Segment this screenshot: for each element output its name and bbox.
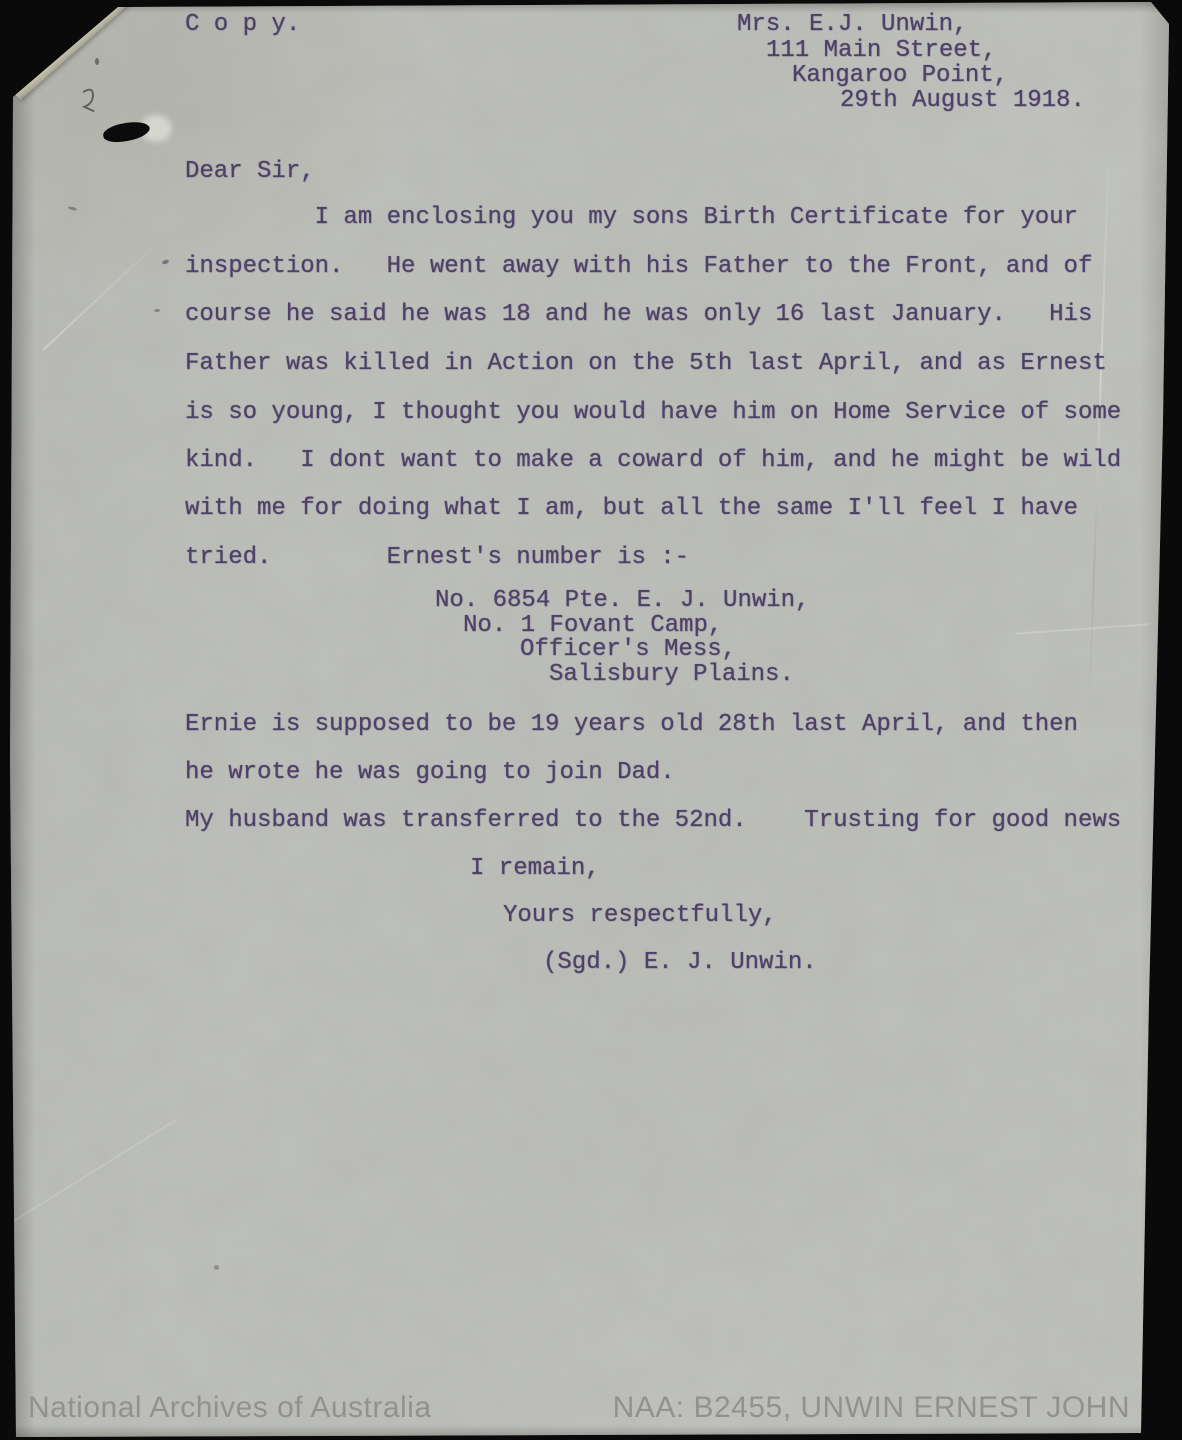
sender-address-line: 111 Main Street, xyxy=(766,38,996,64)
scanned-letter: C o p y. Mrs. E.J. Unwin, 111 Main Stree… xyxy=(0,0,1182,1440)
service-address-line: No. 6854 Pte. E. J. Unwin, xyxy=(435,588,809,614)
paper-blemish xyxy=(95,58,99,65)
watermark-archive-name: National Archives of Australia xyxy=(28,1391,432,1425)
salutation: Dear Sir, xyxy=(185,159,315,185)
letter-body-line: My husband was transferred to the 52nd. … xyxy=(185,808,1121,834)
letter-body-line: Ernie is supposed to be 19 years old 28t… xyxy=(185,712,1078,738)
letter-body-line: I am enclosing you my sons Birth Certifi… xyxy=(185,205,1078,231)
letter-body-line: tried. Ernest's number is :- xyxy=(185,545,689,571)
letter-body-line: kind. I dont want to make a coward of hi… xyxy=(185,448,1121,474)
letter-body-line: with me for doing what I am, but all the… xyxy=(185,496,1078,522)
ink-speck xyxy=(154,309,160,312)
service-address-line: Officer's Mess, xyxy=(520,637,736,663)
letter-body-line: he wrote he was going to join Dad. xyxy=(185,760,675,786)
sender-address-line: Kangaroo Point, xyxy=(792,63,1008,89)
service-address-line: Salisbury Plains. xyxy=(549,662,794,688)
letter-paper: C o p y. Mrs. E.J. Unwin, 111 Main Stree… xyxy=(0,0,1182,1440)
paper-blemish xyxy=(214,1265,219,1270)
letter-body-line: inspection. He went away with his Father… xyxy=(185,254,1092,280)
pencil-squiggle-mark xyxy=(76,85,101,119)
sender-address-line: Mrs. E.J. Unwin, xyxy=(737,12,967,38)
closing-line: I remain, xyxy=(470,856,600,882)
watermark-series-reference: NAA: B2455, UNWIN ERNEST JOHN xyxy=(613,1391,1130,1425)
letter-body-line: Father was killed in Action on the 5th l… xyxy=(185,351,1107,377)
letter-date: 29th August 1918. xyxy=(840,88,1085,114)
letter-body-line: is so young, I thought you would have hi… xyxy=(185,400,1121,426)
letter-body-line: course he said he was 18 and he was only… xyxy=(185,302,1092,328)
signature-line: (Sgd.) E. J. Unwin. xyxy=(543,950,817,976)
copy-label: C o p y. xyxy=(185,12,300,38)
closing-line: Yours respectfully, xyxy=(503,903,777,929)
